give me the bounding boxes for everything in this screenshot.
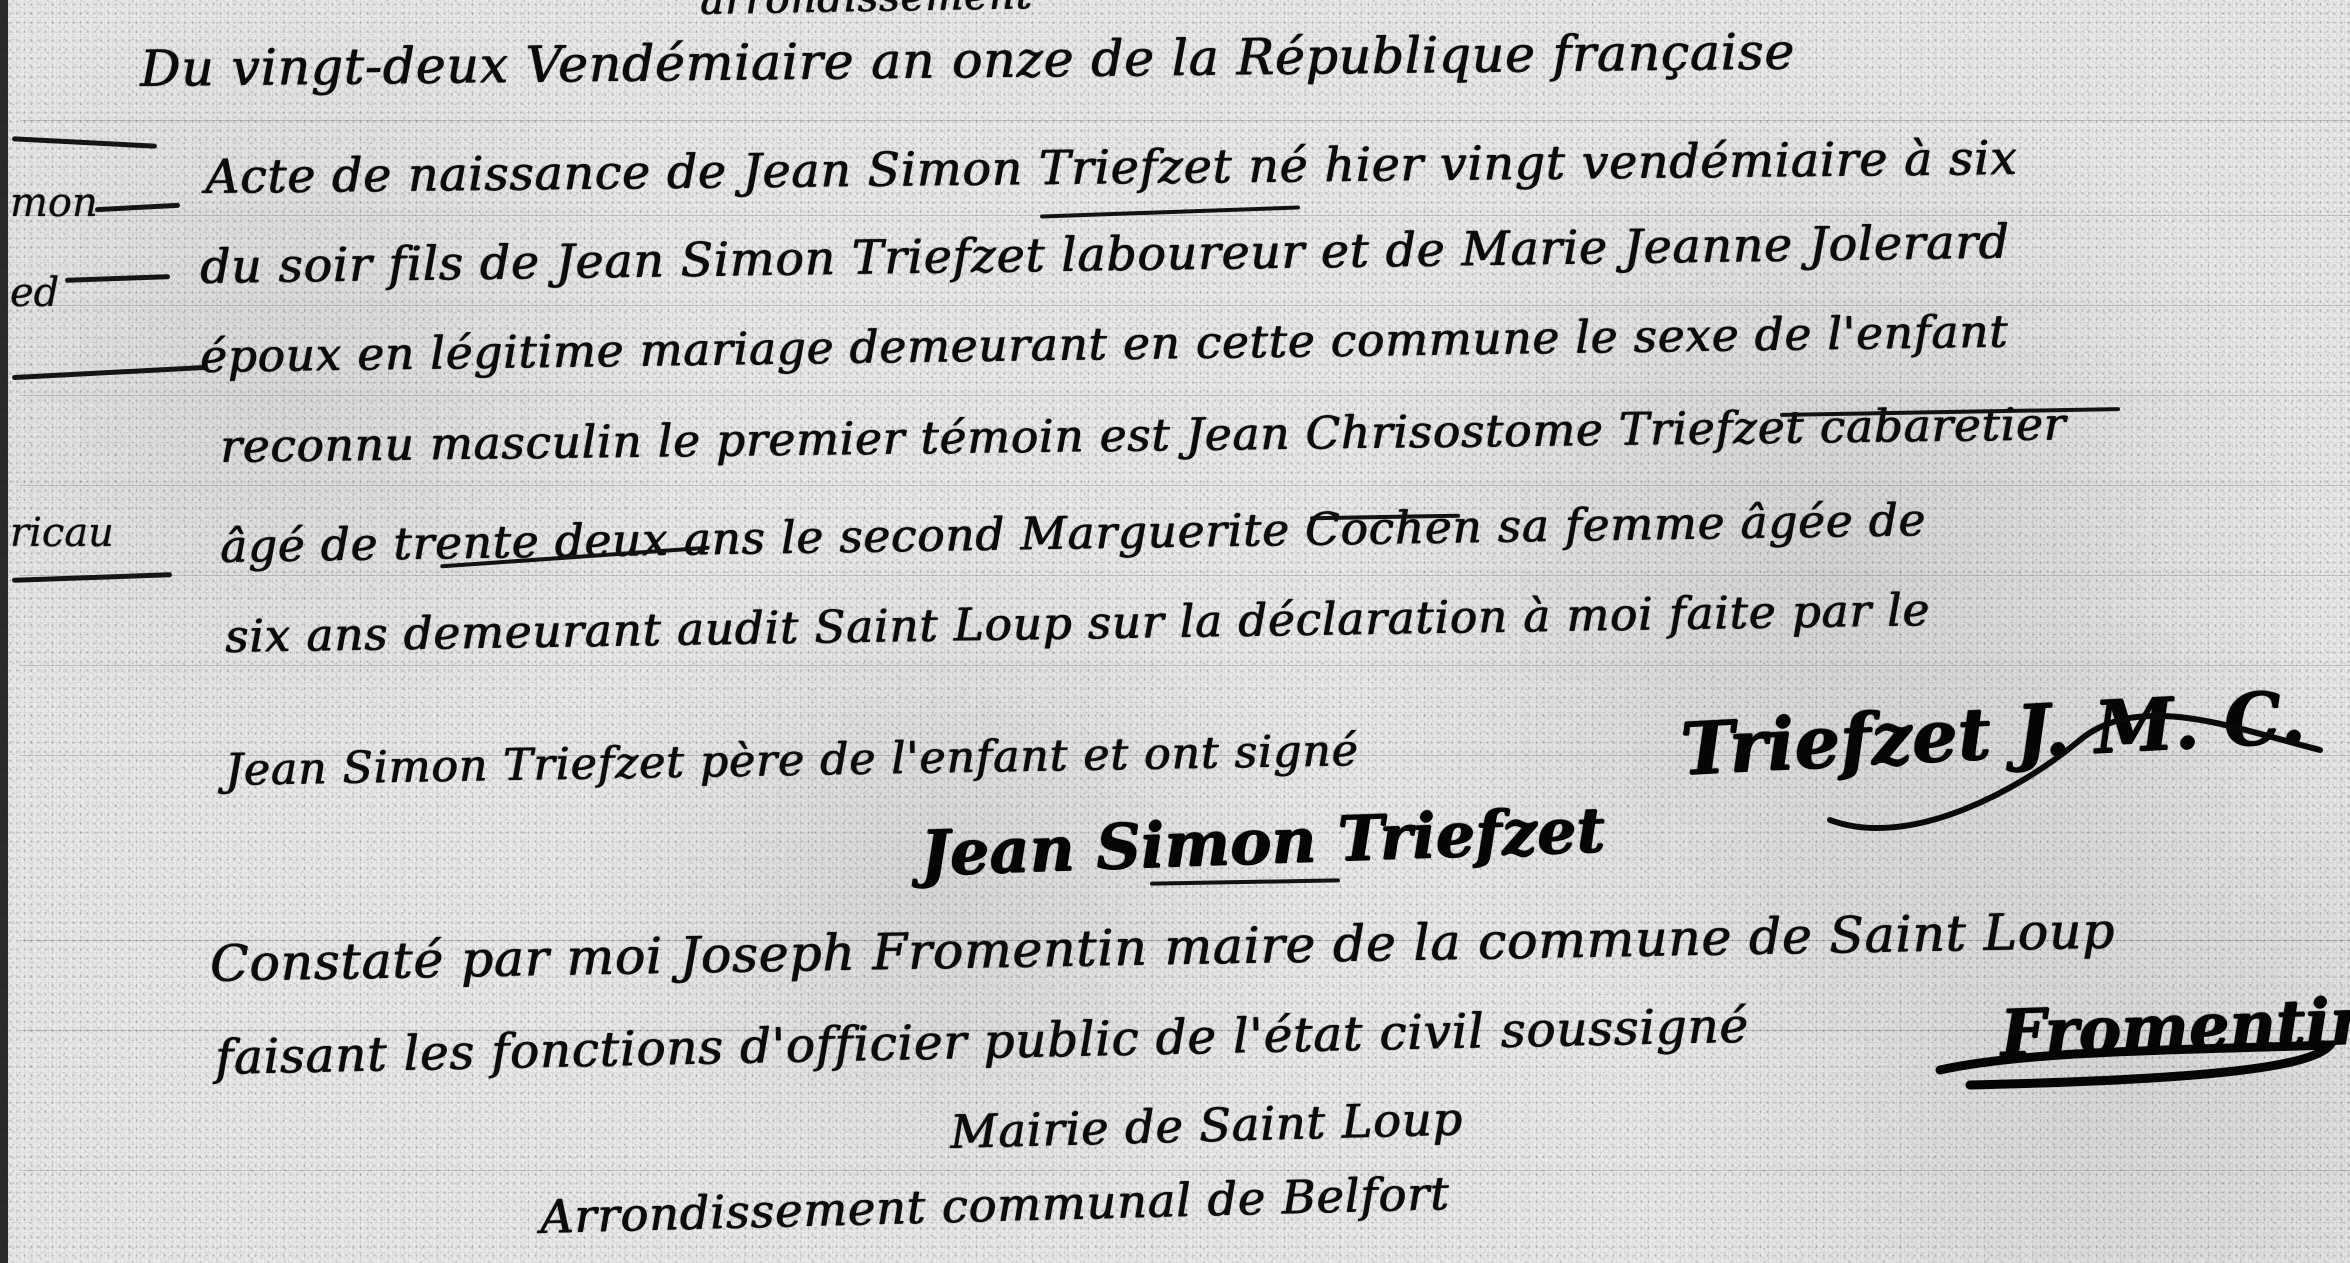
ruled-line (20, 665, 2350, 666)
mairie-line: Mairie de Saint Loup (949, 1092, 1463, 1159)
ruled-line (20, 1170, 2350, 1171)
record-line-8: Jean Simon Triefzet père de l'enfant et … (225, 725, 1359, 796)
ruled-line (20, 575, 2350, 576)
ruled-line (20, 485, 2350, 486)
record-line-3: du soir fils de Jean Simon Triefzet labo… (200, 215, 2010, 295)
margin-note-1: mon (10, 180, 98, 226)
scan-left-border (0, 0, 8, 1263)
margin-stroke (12, 136, 157, 149)
record-line-9: Constaté par moi Joseph Fromentin maire … (209, 902, 2115, 993)
record-line-2: Acte de naissance de Jean Simon Triefzet… (205, 131, 2018, 205)
record-line-5: reconnu masculin le premier témoin est J… (220, 397, 2067, 473)
margin-stroke (12, 365, 207, 380)
margin-note-2: ed (10, 270, 59, 316)
witness-signature: Triefzet J. M. C. (1678, 674, 2307, 792)
arrondissement-line: Arrondissement communal de Belfort (539, 1166, 1450, 1244)
father-signature: Jean Simon Triefzet (919, 793, 1606, 890)
record-line-1: Du vingt-deux Vendémiaire an onze de la … (140, 23, 1795, 98)
ruled-line (20, 395, 2350, 396)
ruled-line (20, 120, 2350, 121)
margin-stroke (95, 203, 180, 212)
margin-note-3: ricau (10, 510, 114, 556)
margin-stroke (65, 274, 170, 283)
header-fragment: arrondissement (700, 0, 1033, 24)
margin-stroke (12, 572, 172, 583)
mayor-signature: Fromentin (1999, 983, 2350, 1071)
document-scan: arrondissement mon ed ricau Du vingt-deu… (0, 0, 2350, 1263)
record-line-4: époux en légitime mariage demeurant en c… (200, 305, 2009, 383)
record-line-7: six ans demeurant audit Saint Loup sur l… (225, 583, 1931, 663)
record-line-10: faisant les fonctions d'officier public … (214, 998, 1749, 1086)
scribe-stroke (1040, 205, 1300, 218)
